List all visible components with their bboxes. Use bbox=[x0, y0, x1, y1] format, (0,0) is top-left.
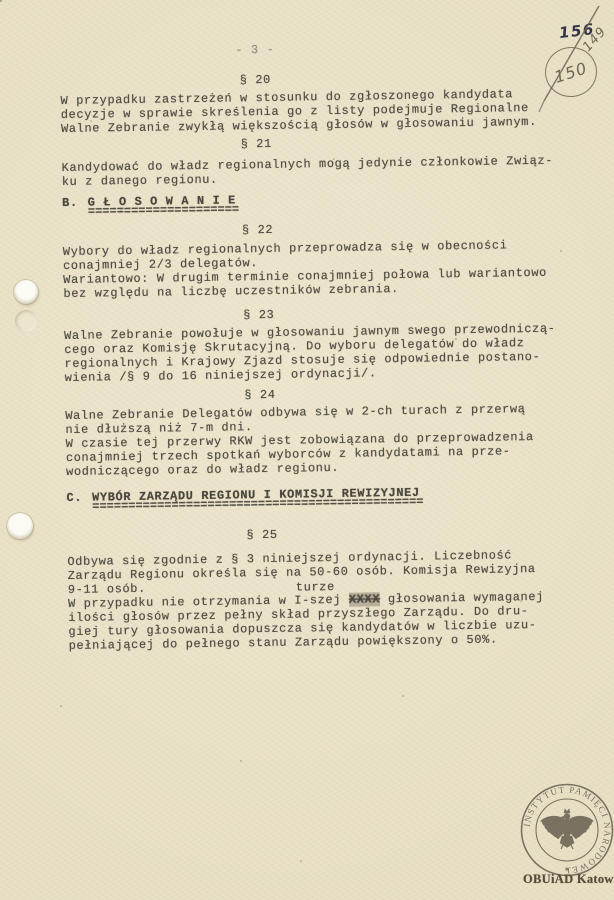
paragraph-23: Walne Zebranie powołuje w głosowaniu jaw… bbox=[64, 321, 570, 384]
page-number: - 3 - bbox=[60, 40, 450, 60]
section-heading-25: § 25 bbox=[67, 525, 457, 545]
section-heading-24: § 24 bbox=[65, 385, 455, 405]
section-heading-23: § 23 bbox=[64, 305, 454, 325]
inserted-correction-word: turze bbox=[296, 580, 335, 595]
pen-strike-line bbox=[520, 0, 614, 130]
chapter-heading-c: C. WYBÓR ZARZĄDU REGIONU I KOMISJI REWIZ… bbox=[66, 486, 423, 514]
typewritten-content: - 3 - § 20 W przypadku zastrzeżeń w stos… bbox=[0, 0, 614, 900]
eagle-icon bbox=[541, 809, 594, 849]
section-heading-21: § 21 bbox=[61, 134, 451, 154]
chapter-c-label: C. bbox=[66, 491, 82, 514]
chapter-b-underline: ===================== bbox=[88, 202, 239, 218]
section-heading-20: § 20 bbox=[60, 70, 450, 90]
paragraph-20: W przypadku zastrzeżeń w stosunku do zgł… bbox=[61, 87, 567, 136]
archive-round-stamp: INSTYTUT PAMIĘCI NARODOWEJ ✶ bbox=[506, 778, 614, 878]
stamp-caption: OBUiAD Katowice bbox=[523, 872, 614, 887]
paragraph-24: Walne Zebranie Delegatów odbywa się w 2-… bbox=[65, 401, 571, 478]
struck-out-word: XXXX bbox=[349, 592, 380, 606]
scanned-document-page: - 3 - § 20 W przypadku zastrzeżeń w stos… bbox=[0, 0, 614, 900]
paragraph-22: Wybory do władz regionalnych przeprowadz… bbox=[63, 237, 569, 300]
section-heading-22: § 22 bbox=[62, 220, 452, 240]
chapter-b-label: B. bbox=[62, 196, 78, 219]
paragraph-25-part2: ilości głosów przez pełny skład przyszłe… bbox=[68, 603, 574, 652]
paragraph-21: Kandydować do władz regionalnych mogą je… bbox=[61, 153, 566, 188]
chapter-heading-b: B. G Ł O S O W A N I E =================… bbox=[62, 193, 239, 219]
